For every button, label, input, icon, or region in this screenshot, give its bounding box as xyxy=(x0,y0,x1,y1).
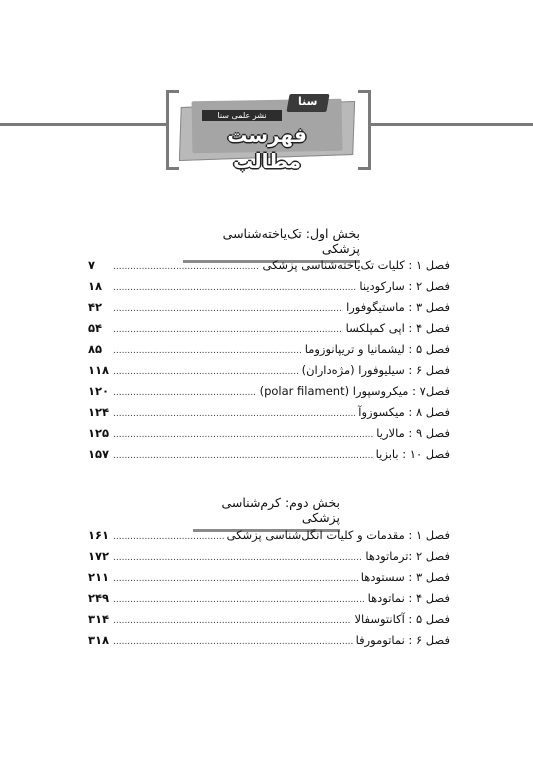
dot-leader: ........................................… xyxy=(113,574,358,584)
toc-entry-page: ۱۷۲ xyxy=(88,549,110,563)
toc-entry-page: ۸۵ xyxy=(88,342,110,356)
toc-entry-page: ۱۲۵ xyxy=(88,426,110,440)
publisher-name: نشر علمی سنا xyxy=(202,110,282,121)
dot-leader: ........................................… xyxy=(113,637,353,647)
dot-leader: ........................................… xyxy=(113,616,351,626)
page-title: فهرست مطالب xyxy=(192,122,342,148)
toc-entry-page: ۱۵۷ xyxy=(88,447,110,461)
toc-entry[interactable]: فصل ۳ : سستودها.........................… xyxy=(88,570,450,588)
dot-leader: ........................................… xyxy=(113,553,362,563)
toc-entry-label: فصل ۱۰ : بابزیا xyxy=(376,447,450,461)
toc-entry-label: فصل ۶ : سیلیوفورا (مژه‌داران) xyxy=(302,363,450,377)
toc-entry-label: فصل ۴ : اپی کمپلکسا xyxy=(346,321,450,335)
toc-entry-page: ۱۲۴ xyxy=(88,405,110,419)
toc-entry-label: فصل ۲ :ترماتودها xyxy=(365,549,450,563)
toc-entry-page: ۴۲ xyxy=(88,300,110,314)
dot-leader: ........................................… xyxy=(113,430,373,440)
dot-leader: ........................................… xyxy=(113,346,302,356)
toc-entry[interactable]: فصل ۱ : کلیات تک‌یاخته‌شناسی پزشکی......… xyxy=(88,258,450,276)
toc-entry-page: ۳۱۸ xyxy=(88,633,110,647)
toc-entry[interactable]: فصل ۲ : سارکودینا.......................… xyxy=(88,279,450,297)
dot-leader: ........................................… xyxy=(113,367,299,377)
toc-entry-page: ۷ xyxy=(88,258,110,272)
toc-entry-page: ۲۴۹ xyxy=(88,591,110,605)
header-rule-left xyxy=(0,123,167,126)
toc-entry-page: ۱۸ xyxy=(88,279,110,293)
toc-entry-label: فصل ۴ : نماتودها xyxy=(368,591,450,605)
toc-entry[interactable]: فصل ۱ : مقدمات و کلیات انگل‌شناسی پزشکی.… xyxy=(88,528,450,546)
dot-leader: ........................................… xyxy=(113,283,356,293)
toc-entry-label: فصل ۹ : مالاریا xyxy=(376,426,450,440)
toc-entry[interactable]: فصل ۵ : لیشمانیا و تریپانوزوما..........… xyxy=(88,342,450,360)
toc-entry[interactable]: فصل ۸ : میکسوزوآ........................… xyxy=(88,405,450,423)
header-bracket-right xyxy=(358,90,371,170)
dot-leader: ........................................… xyxy=(113,409,355,419)
publisher-logo-glyph: سنا xyxy=(298,95,317,108)
toc-entry-label: فصل ۵ : لیشمانیا و تریپانوزوما xyxy=(305,342,450,356)
toc-entry[interactable]: فصل ۱۰ : بابزیا.........................… xyxy=(88,447,450,465)
toc-entry-page: ۱۱۸ xyxy=(88,363,110,377)
header-rule-right xyxy=(368,123,533,126)
toc-entry[interactable]: فصل ۳ : ماستیگوفورا.....................… xyxy=(88,300,450,318)
toc-entry[interactable]: فصل ۴ : نماتودها........................… xyxy=(88,591,450,609)
dot-leader: ........................................… xyxy=(113,325,343,335)
toc-entry-label: فصل ۲ : سارکودینا xyxy=(359,279,450,293)
dot-leader: ........................................… xyxy=(113,262,259,272)
header-banner: سنا نشر علمی سنا فهرست مطالب xyxy=(180,94,356,160)
header-bracket-left xyxy=(166,90,179,170)
toc-entry[interactable]: فصل ۶ : سیلیوفورا (مژه‌داران)...........… xyxy=(88,363,450,381)
toc-entry-label: فصل ۵ : آکانتوسفالا xyxy=(354,612,450,626)
toc-entry[interactable]: فصل ۹ : مالاریا.........................… xyxy=(88,426,450,444)
section-title-2: بخش دوم: کرم‌شناسی پزشکی xyxy=(193,495,340,532)
toc-entry[interactable]: فصل ۵ : آکانتوسفالا.....................… xyxy=(88,612,450,630)
toc-entry-label: فصل ۸ : میکسوزوآ xyxy=(358,405,450,419)
toc-entry-label: فصل ۶ : نماتومورفا xyxy=(356,633,450,647)
toc-entry-label: فصل ۱ : کلیات تک‌یاخته‌شناسی پزشکی xyxy=(262,258,450,272)
dot-leader: ........................................… xyxy=(113,451,373,461)
toc-entry-label: فصل ۳ : ماستیگوفورا xyxy=(346,300,450,314)
toc-entry-page: ۱۶۱ xyxy=(88,528,110,542)
toc-entry-label: فصل۷ : میکروسپورا (polar filament) xyxy=(260,384,450,398)
toc-entry-label: فصل ۱ : مقدمات و کلیات انگل‌شناسی پزشکی xyxy=(227,528,450,542)
dot-leader: ........................................… xyxy=(113,532,224,542)
toc-entry-page: ۵۴ xyxy=(88,321,110,335)
toc-entry[interactable]: فصل ۲ :ترماتودها........................… xyxy=(88,549,450,567)
toc-entry[interactable]: فصل۷ : میکروسپورا (polar filament)......… xyxy=(88,384,450,402)
toc-entry-page: ۱۲۰ xyxy=(88,384,110,398)
dot-leader: ........................................… xyxy=(113,595,365,605)
dot-leader: ........................................… xyxy=(113,388,257,398)
toc-entry[interactable]: فصل ۴ : اپی کمپلکسا.....................… xyxy=(88,321,450,339)
toc-entry-page: ۳۱۴ xyxy=(88,612,110,626)
dot-leader: ........................................… xyxy=(113,304,343,314)
toc-entry-page: ۲۱۱ xyxy=(88,570,110,584)
toc-entry-label: فصل ۳ : سستودها xyxy=(361,570,450,584)
toc-entry[interactable]: فصل ۶ : نماتومورفا......................… xyxy=(88,633,450,651)
